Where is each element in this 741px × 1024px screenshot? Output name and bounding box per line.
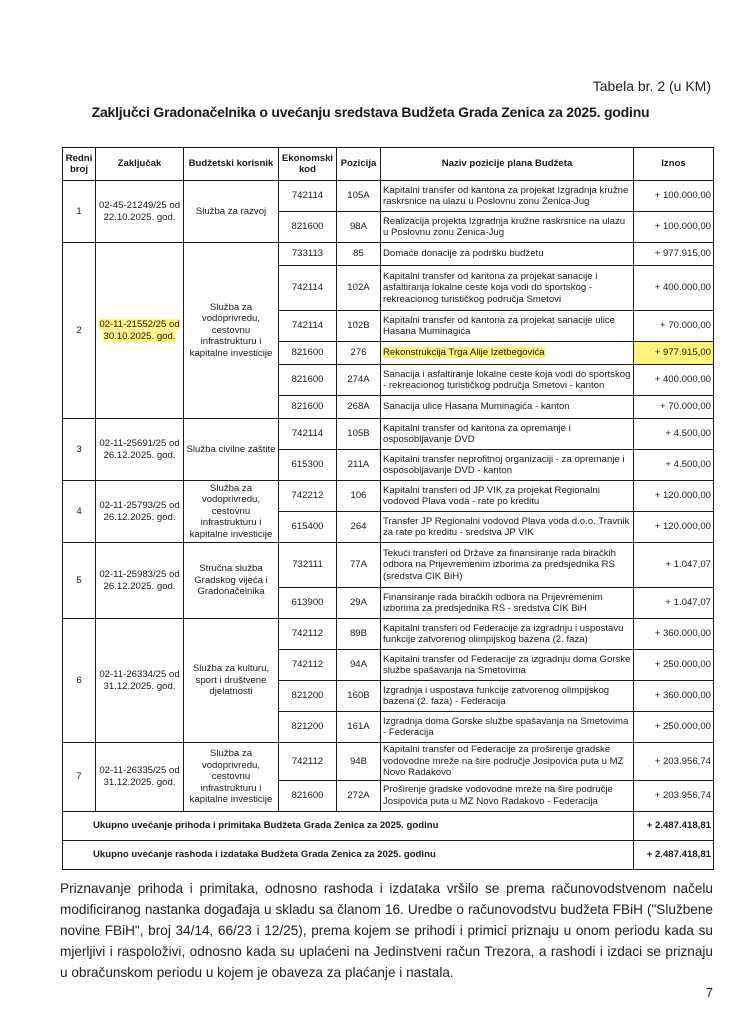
item-name-text: Kapitalni transferi od Federacije za izg… — [383, 623, 624, 646]
col-header-item-name: Naziv pozicije plana Budžeta — [381, 148, 634, 181]
table-row: 402-11-25793/25 od 26.12.2025. god.Služb… — [63, 481, 714, 512]
item-name: Izgradnja doma Gorske službe spašavanja … — [381, 712, 634, 743]
total-label: Ukupno uvećanje rashoda i izdataka Budže… — [63, 840, 634, 869]
amount: + 4.500,00 — [634, 419, 714, 450]
item-name-text: Kapitalni transferi od JP VIK za projeka… — [383, 485, 600, 508]
budget-user: Služba za vodoprivredu, cestovnu infrast… — [184, 243, 279, 419]
position-code: 94B — [337, 743, 381, 781]
document-title: Zaključci Gradonačelnika o uvećanju sred… — [0, 104, 741, 120]
budget-user: Služba za razvoj — [184, 181, 279, 243]
item-name-text: Sanacija i asfaltiranje lokalne ceste ko… — [383, 369, 630, 392]
position-code: 89B — [337, 619, 381, 650]
item-name: Kapitalni transfer od Federacije za proš… — [381, 743, 634, 781]
amount: + 400.000,00 — [634, 266, 714, 311]
item-name-text: Kapitalni transfer od Federacije za izgr… — [383, 654, 630, 677]
position-code: 105B — [337, 419, 381, 450]
col-header-conclusion: Zaključak — [96, 148, 184, 181]
amount: + 203.956,74 — [634, 743, 714, 781]
position-code: 272A — [337, 780, 381, 811]
item-name: Finansiranje rada biračkih odbora na Pri… — [381, 588, 634, 619]
conclusion-cell: 02-11-25691/25 od 26.12.2025. god. — [96, 419, 184, 481]
table-row: 602-11-26334/25 od 31.12.2025. god.Služb… — [63, 619, 714, 650]
amount: + 70.000,00 — [634, 311, 714, 342]
amount: + 400.000,00 — [634, 365, 714, 396]
item-name-text: Proširenje gradske vodovodne mreže na ši… — [383, 784, 613, 807]
budget-user: Služba za kulturu, sport i društvene dje… — [184, 619, 279, 743]
item-name: Kapitalni transfer od kantona za projeka… — [381, 181, 634, 212]
conclusion-cell: 02-11-25983/25 od 26.12.2025. god. — [96, 543, 184, 619]
total-row: Ukupno uvećanje prihoda i primitaka Budž… — [63, 811, 714, 840]
item-name: Rekonstrukcija Trga Alije Izetbegovića — [381, 342, 634, 365]
item-name-text: Rekonstrukcija Trga Alije Izetbegovića — [383, 347, 545, 358]
item-name-text: Kapitalni transfer od kantona za projeka… — [383, 271, 597, 305]
amount: + 100.000,00 — [634, 181, 714, 212]
amount: + 977.915,00 — [634, 243, 714, 266]
amount: + 70.000,00 — [634, 396, 714, 419]
economic-code: 613900 — [279, 588, 337, 619]
table-row: 102-45-21249/25 od 22.10.2025. god.Služb… — [63, 181, 714, 212]
economic-code: 742112 — [279, 650, 337, 681]
economic-code: 821600 — [279, 342, 337, 365]
item-name: Kapitalni transfer neprofitnoj organizac… — [381, 450, 634, 481]
row-number: 4 — [63, 481, 96, 543]
item-name: Tekući transferi od Države za finansiran… — [381, 543, 634, 588]
conclusion-text: 02-45-21249/25 od 22.10.2025. god. — [99, 200, 180, 223]
position-code: 85 — [337, 243, 381, 266]
table-label: Tabela br. 2 (u KM) — [593, 78, 711, 94]
page-number: 7 — [706, 985, 713, 1000]
item-name-text: Kapitalni transfer od kantona za projeka… — [383, 185, 628, 208]
item-name: Izgradnja i uspostava funkcije zatvoreno… — [381, 681, 634, 712]
item-name: Domaće donacije za podršku budžetu — [381, 243, 634, 266]
position-code: 105A — [337, 181, 381, 212]
conclusion-text: 02-11-26335/25 od 31.12.2025. god. — [99, 765, 179, 788]
conclusion-cell: 02-11-26335/25 od 31.12.2025. god. — [96, 743, 184, 812]
position-code: 98A — [337, 212, 381, 243]
amount: + 360.000,00 — [634, 681, 714, 712]
table-row: 202-11-21552/25 od 30.10.2025. god.Služb… — [63, 243, 714, 266]
table-header-row: Redni broj Zaključak Budžetski korisnik … — [63, 148, 714, 181]
amount: + 4.500,00 — [634, 450, 714, 481]
conclusion-text: 02-11-21552/25 od 30.10.2025. god. — [99, 319, 179, 342]
item-name: Kapitalni transferi od JP VIK za projeka… — [381, 481, 634, 512]
item-name: Proširenje gradske vodovodne mreže na ši… — [381, 780, 634, 811]
col-header-economic-code: Ekonomski kod — [279, 148, 337, 181]
conclusion-cell: 02-11-26334/25 od 31.12.2025. god. — [96, 619, 184, 743]
item-name-text: Realizacija projekta Izgradnja kružne ra… — [383, 216, 625, 239]
total-label: Ukupno uvećanje prihoda i primitaka Budž… — [63, 811, 634, 840]
item-name-text: Transfer JP Regionalni vodovod Plava vod… — [383, 516, 629, 539]
economic-code: 615400 — [279, 512, 337, 543]
row-number: 3 — [63, 419, 96, 481]
amount: + 250.000,00 — [634, 650, 714, 681]
item-name-text: Kapitalni transfer od kantona za projeka… — [383, 315, 615, 338]
budget-user: Služba za vodoprivredu, cestovnu infrast… — [184, 481, 279, 543]
economic-code: 821600 — [279, 780, 337, 811]
item-name: Kapitalni transfer od kantona za projeka… — [381, 311, 634, 342]
item-name: Transfer JP Regionalni vodovod Plava vod… — [381, 512, 634, 543]
item-name-text: Kapitalni transfer od Federacije za proš… — [383, 744, 624, 778]
amount: + 360.000,00 — [634, 619, 714, 650]
position-code: 102B — [337, 311, 381, 342]
amount: + 100.000,00 — [634, 212, 714, 243]
economic-code: 742112 — [279, 743, 337, 781]
economic-code: 742114 — [279, 419, 337, 450]
item-name: Kapitalni transfer od kantona za opreman… — [381, 419, 634, 450]
item-name: Sanacija i asfaltiranje lokalne ceste ko… — [381, 365, 634, 396]
col-header-amount: Iznos — [634, 148, 714, 181]
table-row: 502-11-25983/25 od 26.12.2025. god.Struč… — [63, 543, 714, 588]
row-number: 5 — [63, 543, 96, 619]
conclusion-text: 02-11-25983/25 od 26.12.2025. god. — [99, 569, 179, 592]
conclusion-cell: 02-11-25793/25 od 26.12.2025. god. — [96, 481, 184, 543]
row-number: 7 — [63, 743, 96, 812]
item-name-text: Izgradnja doma Gorske službe spašavanja … — [383, 716, 628, 739]
item-name: Kapitalni transfer od Federacije za izgr… — [381, 650, 634, 681]
economic-code: 821600 — [279, 212, 337, 243]
col-header-no: Redni broj — [63, 148, 96, 181]
total-row: Ukupno uvećanje rashoda i izdataka Budže… — [63, 840, 714, 869]
total-amount: + 2.487.418,81 — [634, 811, 714, 840]
economic-code: 615300 — [279, 450, 337, 481]
item-name-text: Kapitalni transfer neprofitnoj organizac… — [383, 454, 625, 477]
economic-code: 733113 — [279, 243, 337, 266]
item-name-text: Sanacija ulice Hasana Muminagića - kanto… — [383, 401, 570, 412]
amount: + 1.047,07 — [634, 543, 714, 588]
amount: + 120.000,00 — [634, 512, 714, 543]
position-code: 276 — [337, 342, 381, 365]
position-code: 264 — [337, 512, 381, 543]
position-code: 94A — [337, 650, 381, 681]
economic-code: 742112 — [279, 619, 337, 650]
table-row: 302-11-25691/25 od 26.12.2025. god.Služb… — [63, 419, 714, 450]
economic-code: 732111 — [279, 543, 337, 588]
item-name: Realizacija projekta Izgradnja kružne ra… — [381, 212, 634, 243]
item-name: Kapitalni transfer od kantona za projeka… — [381, 266, 634, 311]
item-name-text: Domaće donacije za podršku budžetu — [383, 248, 544, 259]
conclusion-text: 02-11-25793/25 od 26.12.2025. god. — [99, 500, 179, 523]
economic-code: 742114 — [279, 311, 337, 342]
position-code: 106 — [337, 481, 381, 512]
budget-table: Redni broj Zaključak Budžetski korisnik … — [62, 147, 714, 870]
conclusion-text: 02-11-26334/25 od 31.12.2025. god. — [99, 669, 179, 692]
item-name-text: Kapitalni transfer od kantona za opreman… — [383, 423, 571, 446]
economic-code: 821600 — [279, 365, 337, 396]
conclusion-text: 02-11-25691/25 od 26.12.2025. god. — [99, 438, 179, 461]
row-number: 1 — [63, 181, 96, 243]
amount: + 250.000,00 — [634, 712, 714, 743]
budget-user: Stručna služba Gradskog vijeća i Gradona… — [184, 543, 279, 619]
budget-user: Služba civilne zaštite — [184, 419, 279, 481]
amount: + 1.047,07 — [634, 588, 714, 619]
row-number: 2 — [63, 243, 96, 419]
budget-user: Služba za vodoprivredu, cestovnu infrast… — [184, 743, 279, 812]
item-name-text: Izgradnja i uspostava funkcije zatvoreno… — [383, 685, 609, 708]
item-name-text: Finansiranje rada biračkih odbora na Pri… — [383, 592, 603, 615]
table-row: 702-11-26335/25 od 31.12.2025. god.Služb… — [63, 743, 714, 781]
position-code: 161A — [337, 712, 381, 743]
position-code: 29A — [337, 588, 381, 619]
economic-code: 742114 — [279, 266, 337, 311]
position-code: 274A — [337, 365, 381, 396]
item-name: Kapitalni transferi od Federacije za izg… — [381, 619, 634, 650]
item-name: Sanacija ulice Hasana Muminagića - kanto… — [381, 396, 634, 419]
conclusion-cell: 02-45-21249/25 od 22.10.2025. god. — [96, 181, 184, 243]
position-code: 102A — [337, 266, 381, 311]
total-amount: + 2.487.418,81 — [634, 840, 714, 869]
amount: + 120.000,00 — [634, 481, 714, 512]
position-code: 77A — [337, 543, 381, 588]
position-code: 160B — [337, 681, 381, 712]
col-header-budget-user: Budžetski korisnik — [184, 148, 279, 181]
economic-code: 742212 — [279, 481, 337, 512]
economic-code: 742114 — [279, 181, 337, 212]
position-code: 211A — [337, 450, 381, 481]
economic-code: 821200 — [279, 712, 337, 743]
amount: + 203.956,74 — [634, 780, 714, 811]
economic-code: 821200 — [279, 681, 337, 712]
amount: + 977.915,00 — [634, 342, 714, 365]
economic-code: 821600 — [279, 396, 337, 419]
row-number: 6 — [63, 619, 96, 743]
position-code: 268A — [337, 396, 381, 419]
explanatory-paragraph: Priznavanje prihoda i primitaka, odnosno… — [60, 878, 713, 983]
conclusion-cell: 02-11-21552/25 od 30.10.2025. god. — [96, 243, 184, 419]
col-header-position: Pozicija — [337, 148, 381, 181]
item-name-text: Tekući transferi od Države za finansiran… — [383, 548, 616, 582]
